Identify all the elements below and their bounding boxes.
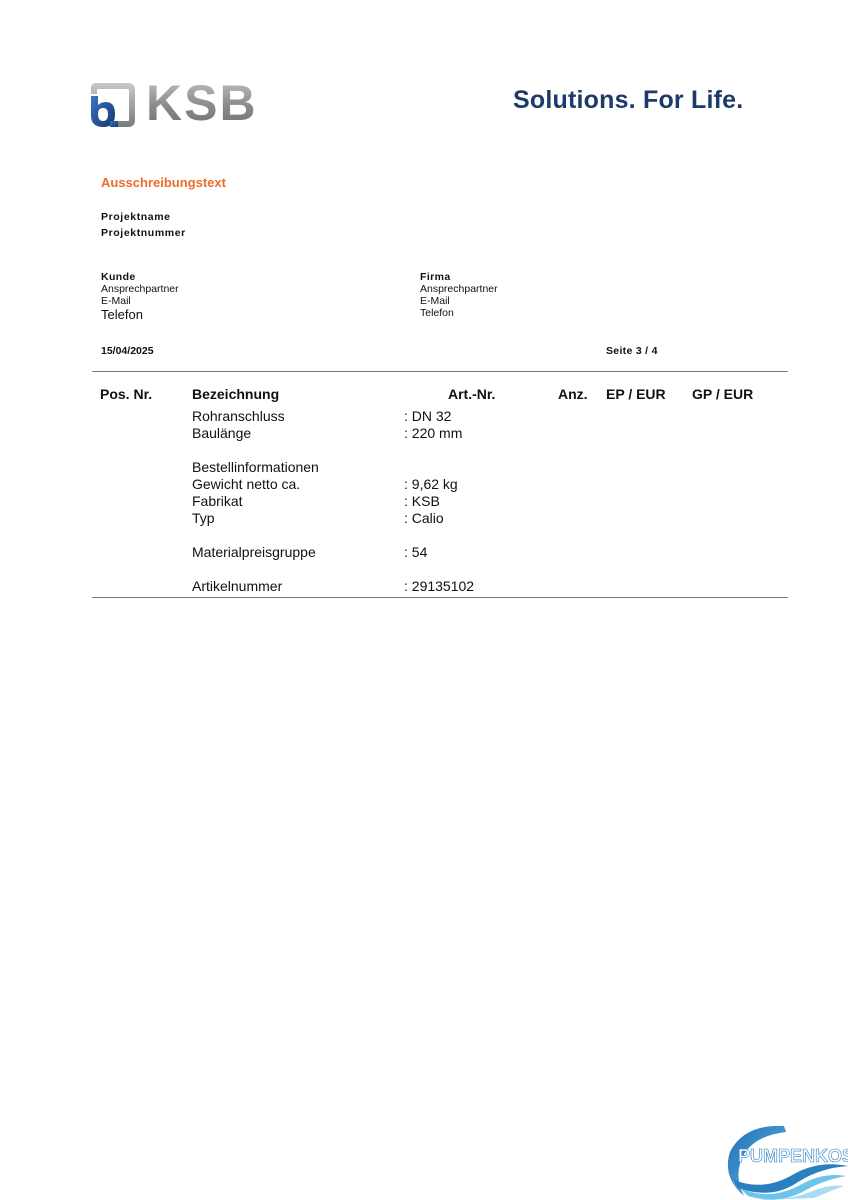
svg-text:PUMPENKOST: PUMPENKOST [738, 1146, 848, 1166]
column-header-pos: Pos. Nr. [100, 386, 152, 402]
document-date: 15/04/2025 [101, 345, 154, 357]
project-name-label: Projektname [101, 211, 171, 223]
company-heading: Firma [420, 271, 498, 283]
customer-block: Kunde Ansprechpartner E-Mail Telefon [101, 271, 179, 323]
column-header-unit-price: EP / EUR [606, 386, 666, 402]
document-title: Ausschreibungstext [101, 175, 226, 190]
column-header-quantity: Anz. [558, 386, 588, 402]
customer-contact-label: Ansprechpartner [101, 283, 179, 295]
page-indicator: Seite 3 / 4 [606, 345, 658, 357]
column-header-total-price: GP / EUR [692, 386, 753, 402]
ksb-wordmark: KSB [146, 74, 258, 132]
pumpenkost-logo-icon: PUMPENKOST [724, 1122, 848, 1200]
table-top-divider [92, 371, 788, 372]
company-contact-label: Ansprechpartner [420, 283, 498, 295]
slogan: Solutions. For Life. [513, 86, 743, 115]
project-number-label: Projektnummer [101, 227, 186, 239]
customer-heading: Kunde [101, 271, 179, 283]
column-header-description: Bezeichnung [192, 386, 279, 402]
customer-email-label: E-Mail [101, 295, 179, 307]
table-bottom-divider [92, 597, 788, 598]
ksb-logo-mark-icon [88, 80, 138, 130]
column-header-article-number: Art.-Nr. [448, 386, 495, 402]
company-block: Firma Ansprechpartner E-Mail Telefon [420, 271, 498, 319]
company-email-label: E-Mail [420, 295, 498, 307]
company-phone-label: Telefon [420, 307, 498, 319]
customer-phone-label: Telefon [101, 307, 179, 323]
ksb-logo: KSB [88, 80, 268, 132]
